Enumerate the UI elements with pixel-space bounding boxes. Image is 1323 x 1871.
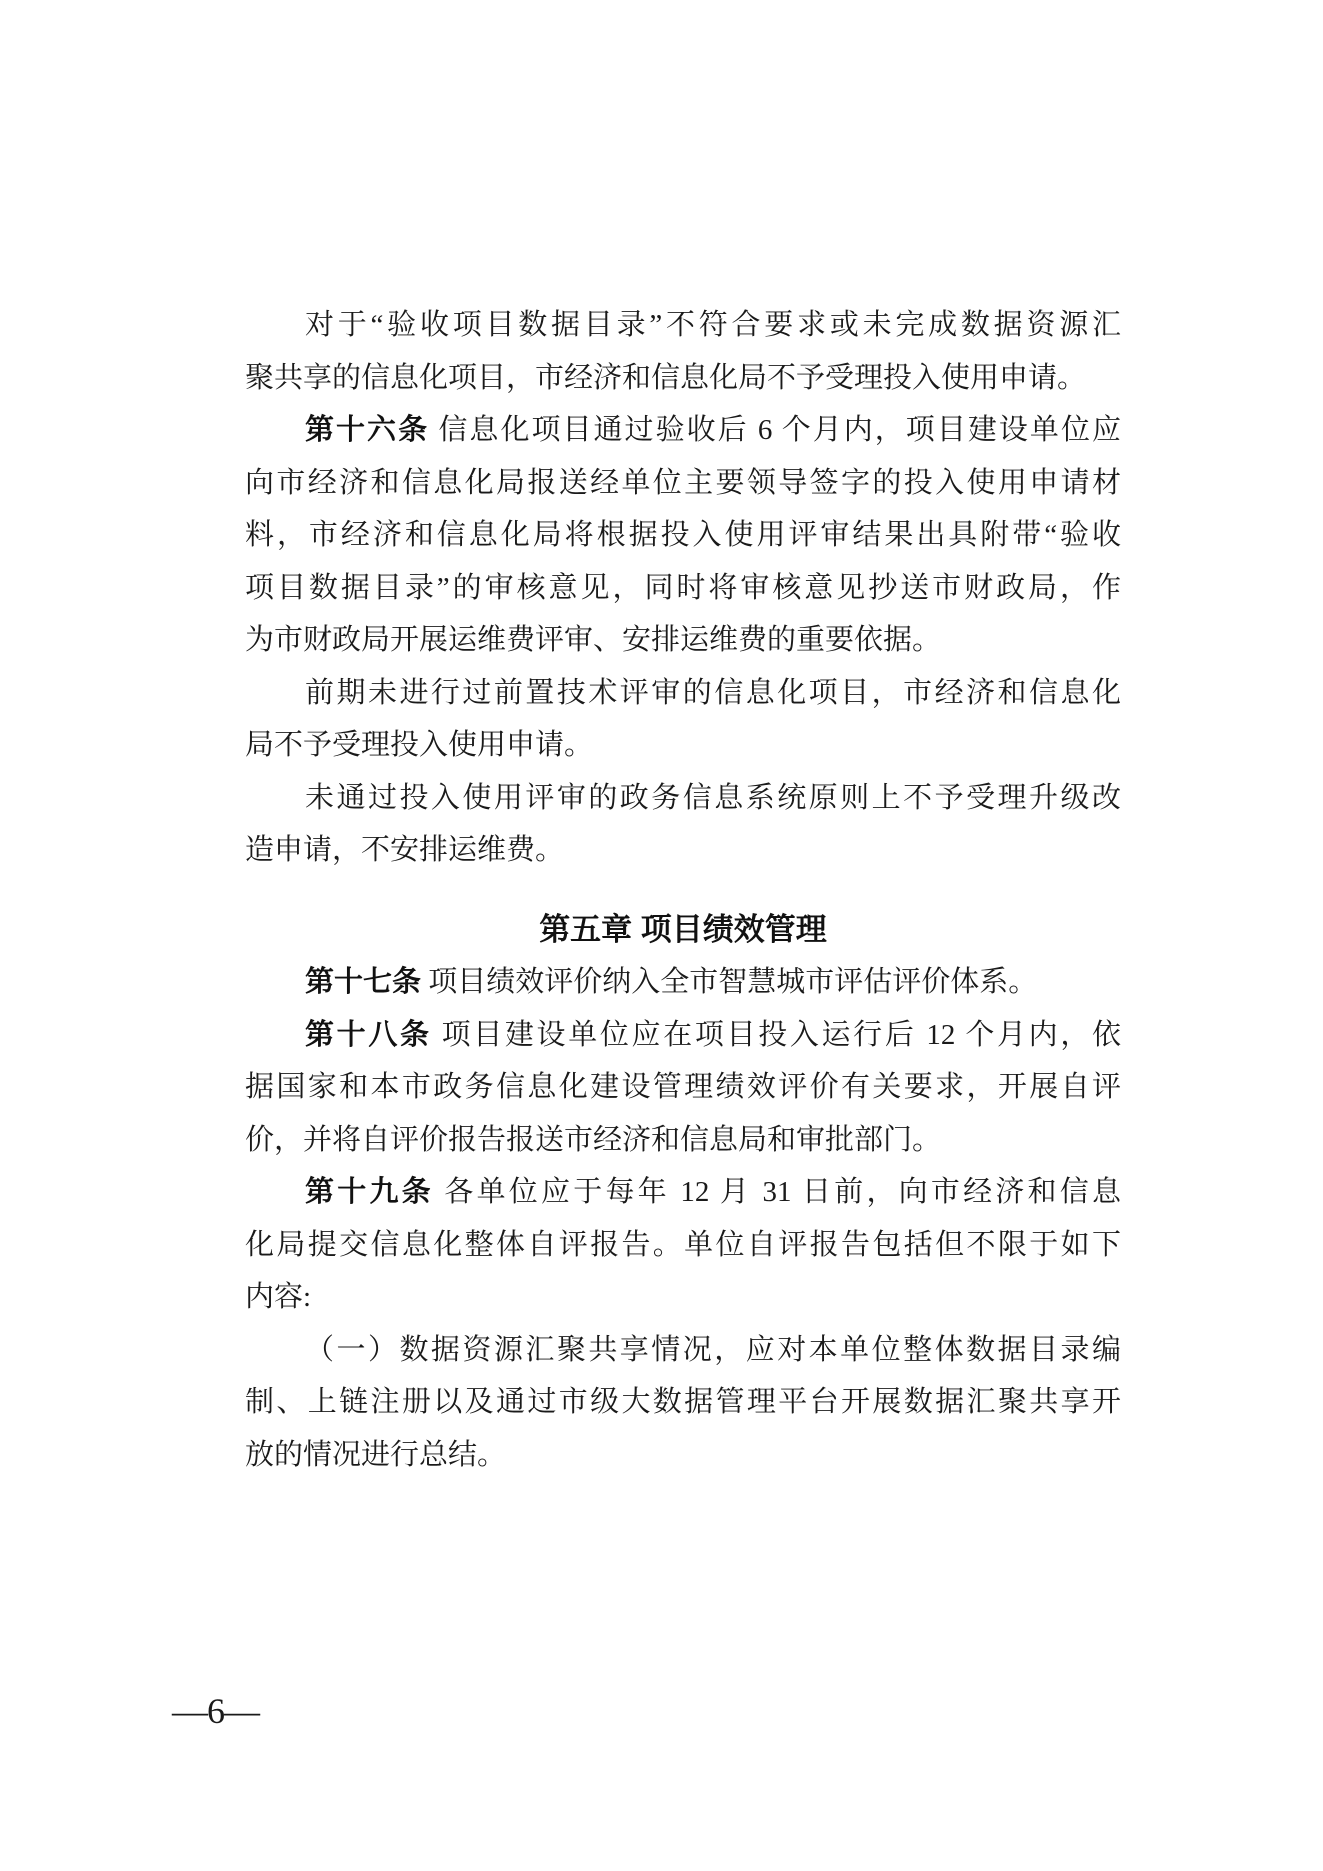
text-run: 前期未进行过前置技术评审的信息化项目，市经济和信息化 <box>305 677 1121 709</box>
text-line: 内容: <box>245 1271 1121 1324</box>
text-line: 据国家和本市政务信息化建设管理绩效评价有关要求，开展自评 <box>245 1061 1121 1114</box>
text-line: 向市经济和信息化局报送经单位主要领导签字的投入使用申请材 <box>245 457 1121 510</box>
text-line: （一）数据资源汇聚共享情况，应对本单位整体数据目录编 <box>245 1324 1121 1377</box>
text-run: 化局提交信息化整体自评报告。单位自评报告包括但不限于如下 <box>245 1229 1121 1261</box>
text-line: 造申请，不安排运维费。 <box>245 824 1121 877</box>
text-line: 对于“验收项目数据目录”不符合要求或未完成数据资源汇 <box>245 299 1121 352</box>
document-page: { "page": { "background_color": "#ffffff… <box>0 0 1323 1871</box>
text-run: 聚共享的信息化项目，市经济和信息化局不予受理投入使用申请。 <box>245 362 1086 394</box>
text-line: 第十八条 项目建设单位应在项目投入运行后 12 个月内，依 <box>245 1009 1121 1062</box>
text-line: 料，市经济和信息化局将根据投入使用评审结果出具附带“验收 <box>245 509 1121 562</box>
text-run: 各单位应于每年 12 月 31 日前，向市经济和信息 <box>434 1176 1121 1208</box>
text-run: 项目绩效评价纳入全市智慧城市评估评价体系。 <box>421 966 1037 998</box>
text-line: 放的情况进行总结。 <box>245 1429 1121 1482</box>
text-line: 局不予受理投入使用申请。 <box>245 719 1121 772</box>
text-run: 未通过投入使用评审的政务信息系统原则上不予受理升级改 <box>305 782 1121 814</box>
text-run: 项目建设单位应在项目投入运行后 12 个月内，依 <box>432 1019 1121 1051</box>
text-line: 第十六条 信息化项目通过验收后 6 个月内，项目建设单位应 <box>245 404 1121 457</box>
text-run: 价，并将自评价报告报送市经济和信息局和审批部门。 <box>245 1124 941 1156</box>
text-line: 第十七条 项目绩效评价纳入全市智慧城市评估评价体系。 <box>245 956 1121 1009</box>
text-line: 前期未进行过前置技术评审的信息化项目，市经济和信息化 <box>245 667 1121 720</box>
text-run: 项目数据目录”的审核意见，同时将审核意见抄送市财政局，作 <box>245 572 1121 604</box>
text-line: 项目数据目录”的审核意见，同时将审核意见抄送市财政局，作 <box>245 562 1121 615</box>
text-run: 造申请，不安排运维费。 <box>245 834 564 866</box>
page-number: —6— <box>172 1690 259 1732</box>
text-line: 聚共享的信息化项目，市经济和信息化局不予受理投入使用申请。 <box>245 352 1121 405</box>
text-run: 内容: <box>245 1281 311 1313</box>
text-line: 第十九条 各单位应于每年 12 月 31 日前，向市经济和信息 <box>245 1166 1121 1219</box>
text-line: 为市财政局开展运维费评审、安排运维费的重要依据。 <box>245 614 1121 667</box>
text-run: 信息化项目通过验收后 6 个月内，项目建设单位应 <box>429 414 1121 446</box>
text-run: （一）数据资源汇聚共享情况，应对本单位整体数据目录编 <box>305 1334 1121 1366</box>
text-line: 化局提交信息化整体自评报告。单位自评报告包括但不限于如下 <box>245 1219 1121 1272</box>
document-content: 对于“验收项目数据目录”不符合要求或未完成数据资源汇聚共享的信息化项目，市经济和… <box>245 299 1121 1481</box>
text-run: 对于“验收项目数据目录”不符合要求或未完成数据资源汇 <box>305 309 1121 341</box>
article-number: 第十八条 <box>305 1019 432 1051</box>
text-run: 制、上链注册以及通过市级大数据管理平台开展数据汇聚共享开 <box>245 1386 1121 1418</box>
text-run: 局不予受理投入使用申请。 <box>245 729 593 761</box>
text-run: 放的情况进行总结。 <box>245 1439 506 1471</box>
text-run: 据国家和本市政务信息化建设管理绩效评价有关要求，开展自评 <box>245 1071 1121 1103</box>
text-line: 制、上链注册以及通过市级大数据管理平台开展数据汇聚共享开 <box>245 1376 1121 1429</box>
article-number: 第十九条 <box>305 1176 434 1208</box>
text-run: 向市经济和信息化局报送经单位主要领导签字的投入使用申请材 <box>245 467 1121 499</box>
article-number: 第十七条 <box>305 966 421 998</box>
chapter-heading: 第五章 项目绩效管理 <box>245 904 1121 957</box>
text-run: 料，市经济和信息化局将根据投入使用评审结果出具附带“验收 <box>245 519 1121 551</box>
text-run: 为市财政局开展运维费评审、安排运维费的重要依据。 <box>245 624 941 656</box>
text-line: 价，并将自评价报告报送市经济和信息局和审批部门。 <box>245 1114 1121 1167</box>
article-number: 第十六条 <box>305 414 429 446</box>
text-line: 未通过投入使用评审的政务信息系统原则上不予受理升级改 <box>245 772 1121 825</box>
